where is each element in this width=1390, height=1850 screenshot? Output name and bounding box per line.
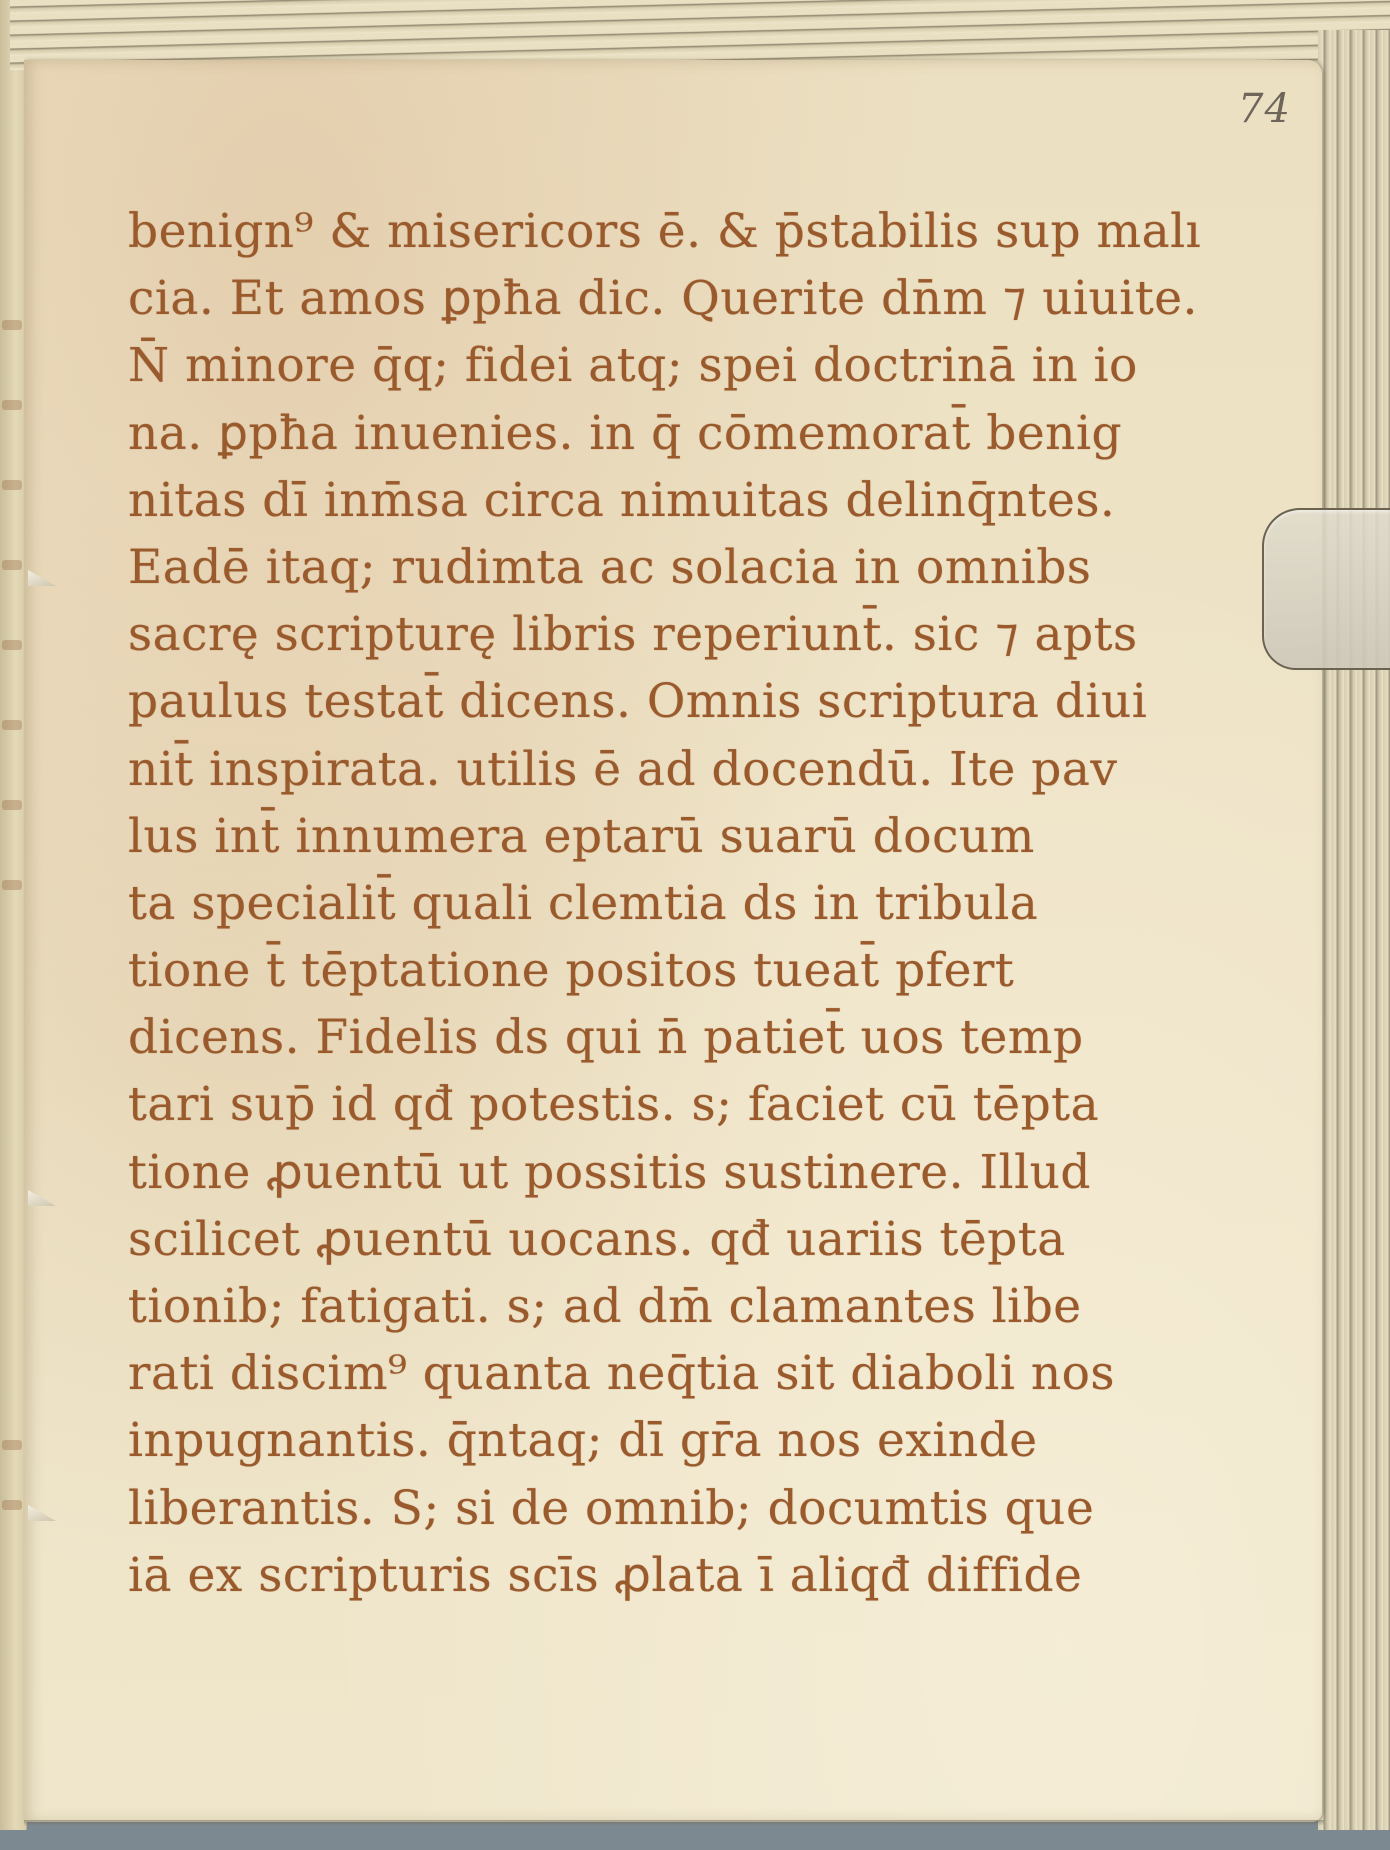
- text-line: rati discim⁹ quanta neq̄tia sit diaboli …: [128, 1340, 1238, 1407]
- manuscript-text-block: benign⁹ & misericors ē. & p̄stabilis sup…: [128, 198, 1238, 1609]
- text-line: lus int̄ innumera eptarū suarū docum: [128, 803, 1238, 870]
- text-line: tari sup̄ id qđ potestis. s; faciet cū t…: [128, 1071, 1238, 1138]
- bleed-through-ink: [2, 560, 22, 570]
- text-line: dicens. Fidelis ds qui n̄ patiet̄ uos te…: [128, 1004, 1238, 1071]
- bleed-through-ink: [2, 320, 22, 330]
- text-line: sacrę scripturę libris reperiunt̄. sic ⁊…: [128, 601, 1238, 668]
- text-line: nitas dī inm̄sa circa nimuitas delinq̄nt…: [128, 467, 1238, 534]
- bleed-through-ink: [2, 880, 22, 890]
- text-line: tione ꝓuentū ut possitis sustinere. Illu…: [128, 1139, 1238, 1206]
- text-line: inpugnantis. q̄ntaq; dī gr̄a nos exinde: [128, 1407, 1238, 1474]
- page-clip: [1262, 508, 1390, 670]
- text-line: cia. Et amos ꝑpħa dic. Querite dn̄m ⁊ ui…: [128, 265, 1238, 332]
- bleed-through-ink: [2, 1440, 22, 1450]
- page-bottom-shadow: [24, 1820, 1324, 1826]
- text-line: na. ꝑpħa inuenies. in q̄ cōmemorat̄ beni…: [128, 400, 1238, 467]
- bleed-through-ink: [2, 400, 22, 410]
- text-line: tionib; fatigati. s; ad dm̄ clamantes li…: [128, 1273, 1238, 1340]
- bleed-through-ink: [2, 640, 22, 650]
- stacked-page-edges-right: [1318, 30, 1390, 1830]
- bleed-through-ink: [2, 720, 22, 730]
- text-line: iā ex scripturis scīs ꝓlata ī aliqđ diff…: [128, 1542, 1238, 1609]
- folio-number: 74: [1238, 86, 1291, 132]
- text-line: paulus testat̄ dicens. Omnis scriptura d…: [128, 668, 1238, 735]
- text-line: tione t̄ tēptatione positos tueat̄ pfert: [128, 937, 1238, 1004]
- bleed-through-ink: [2, 800, 22, 810]
- bleed-through-ink: [2, 480, 22, 490]
- text-line: nit̄ inspirata. utilis ē ad docendū. Ite…: [128, 736, 1238, 803]
- facing-page-edge: [0, 0, 27, 1830]
- text-line: liberantis. S; si de omnib; documtis que: [128, 1475, 1238, 1542]
- text-line: Eadē itaq; rudimta ac solacia in omnibs: [128, 534, 1238, 601]
- bleed-through-ink: [2, 1500, 22, 1510]
- text-line: N̄ minore q̄q; fidei atq; spei doctrinā …: [128, 332, 1238, 399]
- text-line: ta specialit̄ quali clemtia ds in tribul…: [128, 870, 1238, 937]
- text-line: benign⁹ & misericors ē. & p̄stabilis sup…: [128, 198, 1238, 265]
- text-line: scilicet ꝓuentū uocans. qđ uariis tēpta: [128, 1206, 1238, 1273]
